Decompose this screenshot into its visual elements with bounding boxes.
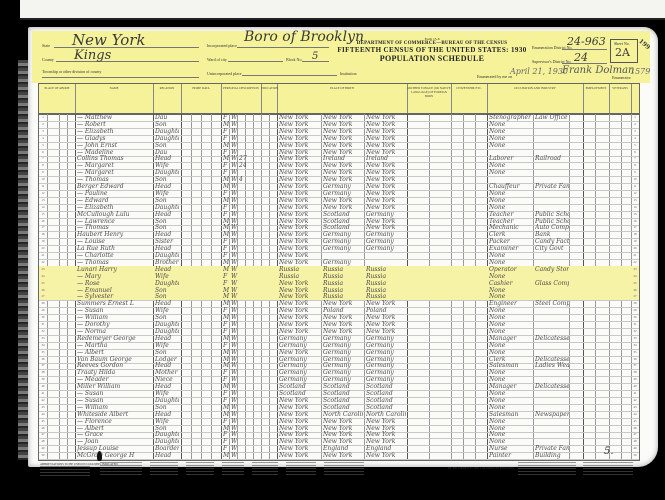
row-number-right: 50 bbox=[631, 453, 639, 457]
row-number: 28 bbox=[39, 301, 47, 305]
row-number-right: 18 bbox=[631, 232, 639, 236]
row-number: 40 bbox=[39, 384, 47, 388]
row-number-right: 49 bbox=[631, 446, 639, 450]
row-number-right: 41 bbox=[631, 391, 639, 395]
enumerated-label: Enumerated by me on bbox=[477, 74, 512, 79]
row-number-right: 21 bbox=[631, 253, 639, 257]
cell-ind: Building bbox=[535, 452, 569, 459]
col-employment: EMPLOYMENT bbox=[583, 84, 610, 114]
row-number: 22 bbox=[39, 260, 47, 264]
institution-label: Institution bbox=[340, 71, 356, 76]
row-number: 10 bbox=[39, 177, 47, 181]
page-number: 5. bbox=[604, 446, 614, 457]
row-number: 20 bbox=[39, 246, 47, 250]
census-title: FIFTEENTH CENSUS OF THE UNITED STATES: 1… bbox=[332, 46, 532, 54]
row-number-right: 9 bbox=[631, 170, 639, 174]
row-number: 32 bbox=[39, 329, 47, 333]
footer-block bbox=[324, 462, 364, 476]
census-page: State New York County Kings Township or … bbox=[28, 27, 658, 467]
row-number-right: 39 bbox=[631, 377, 639, 381]
row-number-right: 30 bbox=[631, 315, 639, 319]
row-number-right: 29 bbox=[631, 308, 639, 312]
row-number: 31 bbox=[39, 322, 47, 326]
block-value: 5 bbox=[312, 51, 318, 62]
cell-mother: New York bbox=[366, 452, 406, 459]
col-place-of-abode: PLACE OF ABODE bbox=[39, 84, 76, 114]
row-number: 49 bbox=[39, 446, 47, 450]
census-table: 11— MatthewDauFWNew YorkNew YorkNew York… bbox=[38, 113, 640, 461]
row-number-right: 22 bbox=[631, 260, 639, 264]
footer-block bbox=[286, 462, 316, 476]
row-number-right: 5 bbox=[631, 143, 639, 147]
county-label: County bbox=[42, 57, 54, 62]
sheet-number-box: Sheet No. 2A bbox=[610, 39, 638, 63]
row-number: 27 bbox=[39, 294, 47, 298]
row-number-right: 44 bbox=[631, 412, 639, 416]
row-number-right: 14 bbox=[631, 205, 639, 209]
col-citizenship: CITIZENSHIP, ETC. bbox=[451, 84, 488, 114]
cell-race: W bbox=[231, 452, 238, 459]
row-number-right: 27 bbox=[631, 294, 639, 298]
row-number-right: 42 bbox=[631, 398, 639, 402]
row-number-right: 36 bbox=[631, 357, 639, 361]
row-number-right: 24 bbox=[631, 274, 639, 278]
col-mother-tongue: MOTHER TONGUE (OR NATIVE LANGUAGE) OF FO… bbox=[407, 84, 452, 114]
row-number: 11 bbox=[39, 184, 47, 188]
row-number: 47 bbox=[39, 432, 47, 436]
row-number: 37 bbox=[39, 363, 47, 367]
enumeration-district-value: 24-963 bbox=[567, 35, 606, 48]
row-number-right: 38 bbox=[631, 370, 639, 374]
row-number: 12 bbox=[39, 191, 47, 195]
ward-label: Ward of city bbox=[207, 57, 227, 62]
row-number: 30 bbox=[39, 315, 47, 319]
row-number: 36 bbox=[39, 357, 47, 361]
row-number-right: 20 bbox=[631, 246, 639, 250]
table-row: 5050McGrow George HHeadMWNew YorkNew Yor… bbox=[39, 452, 639, 460]
row-number-right: 45 bbox=[631, 419, 639, 423]
col-relation: RELATION bbox=[153, 84, 182, 114]
incorporated-place-label: Incorporated place bbox=[207, 43, 237, 48]
title-block: Form 15-6 DEPARTMENT OF COMMERCE—BUREAU … bbox=[332, 37, 532, 63]
row-number-right: 11 bbox=[631, 184, 639, 188]
row-number-right: 1 bbox=[631, 115, 639, 119]
row-number-right: 46 bbox=[631, 426, 639, 430]
col-personal-description: PERSONAL DESCRIPTION bbox=[221, 84, 262, 114]
row-number: 45 bbox=[39, 419, 47, 423]
row-number: 1 bbox=[39, 115, 47, 119]
col-occupation: OCCUPATION AND INDUSTRY bbox=[487, 84, 584, 114]
row-number-right: 19 bbox=[631, 239, 639, 243]
unincorporated-place-label: Unincorporated place bbox=[207, 71, 242, 76]
sheet-value: 2A bbox=[615, 46, 630, 59]
header-highlight: State New York County Kings Township or … bbox=[32, 31, 650, 83]
footer-block bbox=[186, 462, 214, 476]
stamp-number: 199 bbox=[637, 38, 651, 51]
township-label: Township or other division of county bbox=[42, 69, 101, 74]
footer-block bbox=[100, 462, 142, 476]
column-headers: PLACE OF ABODE NAME RELATION HOME DATA P… bbox=[38, 83, 640, 115]
footer-instructions: ABBREVIATIONS TO BE USED IN COLUMNS INDI… bbox=[38, 460, 638, 480]
col-veterans: VETERANS bbox=[609, 84, 632, 114]
row-number-right: 3 bbox=[631, 129, 639, 133]
row-number: 5 bbox=[39, 143, 47, 147]
footer-block bbox=[518, 462, 576, 476]
row-number-right: 47 bbox=[631, 432, 639, 436]
cell-birth: New York bbox=[279, 452, 319, 459]
row-number: 33 bbox=[39, 336, 47, 340]
supervisors-district-value: 24 bbox=[574, 51, 588, 64]
footer-block bbox=[583, 462, 633, 476]
row-number-right: 4 bbox=[631, 136, 639, 140]
schedule-title: POPULATION SCHEDULE bbox=[332, 54, 532, 63]
row-number: 24 bbox=[39, 274, 47, 278]
row-number: 41 bbox=[39, 391, 47, 395]
row-number: 44 bbox=[39, 412, 47, 416]
row-number: 35 bbox=[39, 350, 47, 354]
col-education: EDUCATION bbox=[261, 84, 278, 114]
footer-block bbox=[222, 462, 244, 476]
row-number: 42 bbox=[39, 398, 47, 402]
township-line bbox=[42, 77, 199, 78]
ed-line bbox=[562, 49, 607, 50]
row-number-right: 10 bbox=[631, 177, 639, 181]
cell-rel: Head bbox=[155, 452, 179, 459]
cell-occ: Painter bbox=[489, 452, 531, 459]
row-number: 17 bbox=[39, 225, 47, 229]
col-place-of-birth: PLACE OF BIRTH bbox=[277, 84, 408, 114]
row-number-right: 33 bbox=[631, 336, 639, 340]
col-home-data: HOME DATA bbox=[181, 84, 222, 114]
row-number: 29 bbox=[39, 308, 47, 312]
incorporated-line bbox=[237, 47, 329, 48]
row-number: 9 bbox=[39, 170, 47, 174]
row-number-right: 15 bbox=[631, 212, 639, 216]
state-value: New York bbox=[72, 31, 146, 49]
row-number-right: 12 bbox=[631, 191, 639, 195]
county-value: Kings bbox=[74, 48, 111, 63]
row-number-right: 26 bbox=[631, 288, 639, 292]
footer-block bbox=[40, 466, 90, 476]
col-name: NAME bbox=[75, 84, 154, 114]
state-label: State bbox=[42, 43, 50, 48]
row-number-right: 23 bbox=[631, 267, 639, 271]
cell-sex: M bbox=[223, 452, 230, 459]
row-number: 50 bbox=[39, 453, 47, 457]
row-number-right: 28 bbox=[631, 301, 639, 305]
row-number-right: 16 bbox=[631, 219, 639, 223]
row-number: 26 bbox=[39, 288, 47, 292]
codes-note: BE RECORDED IN THE COLUMNS AS FOLLOWS bbox=[448, 466, 514, 470]
row-number-right: 43 bbox=[631, 405, 639, 409]
row-number: 43 bbox=[39, 405, 47, 409]
row-number-right: 8 bbox=[631, 163, 639, 167]
row-number: 34 bbox=[39, 343, 47, 347]
row-number: 48 bbox=[39, 439, 47, 443]
row-number-right: 37 bbox=[631, 363, 639, 367]
row-number: 14 bbox=[39, 205, 47, 209]
row-number: 21 bbox=[39, 253, 47, 257]
ward-line bbox=[228, 61, 283, 62]
footer-block bbox=[150, 462, 178, 476]
row-number-right: 6 bbox=[631, 150, 639, 154]
row-number-right: 32 bbox=[631, 329, 639, 333]
row-number: 4 bbox=[39, 136, 47, 140]
enumerator-label: Enumerator bbox=[612, 75, 631, 80]
row-number-right: 2 bbox=[631, 122, 639, 126]
row-number: 38 bbox=[39, 370, 47, 374]
row-number: 46 bbox=[39, 426, 47, 430]
row-number: 23 bbox=[39, 267, 47, 271]
row-number: 8 bbox=[39, 163, 47, 167]
footer-block bbox=[252, 462, 278, 476]
row-number-right: 31 bbox=[631, 322, 639, 326]
previous-page-strip bbox=[20, 0, 665, 20]
row-number: 19 bbox=[39, 239, 47, 243]
enumerated-date: April 21, 1930 bbox=[510, 67, 568, 76]
row-number-right: 34 bbox=[631, 343, 639, 347]
row-number-right: 13 bbox=[631, 198, 639, 202]
row-number: 39 bbox=[39, 377, 47, 381]
row-number: 16 bbox=[39, 219, 47, 223]
row-number: 3 bbox=[39, 129, 47, 133]
row-number: 7 bbox=[39, 156, 47, 160]
block-label: Block No. bbox=[286, 57, 302, 62]
row-number: 6 bbox=[39, 150, 47, 154]
enumerator-number: 1579 bbox=[630, 67, 650, 76]
row-number-right: 35 bbox=[631, 350, 639, 354]
unincorporated-line bbox=[242, 75, 337, 76]
row-number-right: 7 bbox=[631, 156, 639, 160]
row-number-right: 17 bbox=[631, 225, 639, 229]
row-number: 18 bbox=[39, 232, 47, 236]
row-number: 13 bbox=[39, 198, 47, 202]
row-number-right: 25 bbox=[631, 281, 639, 285]
row-number: 15 bbox=[39, 212, 47, 216]
row-number-right: 48 bbox=[631, 439, 639, 443]
row-number: 25 bbox=[39, 281, 47, 285]
cell-father: New York bbox=[323, 452, 363, 459]
row-number: 2 bbox=[39, 122, 47, 126]
row-number-right: 40 bbox=[631, 384, 639, 388]
cell-name: McGrow George H bbox=[77, 452, 151, 459]
